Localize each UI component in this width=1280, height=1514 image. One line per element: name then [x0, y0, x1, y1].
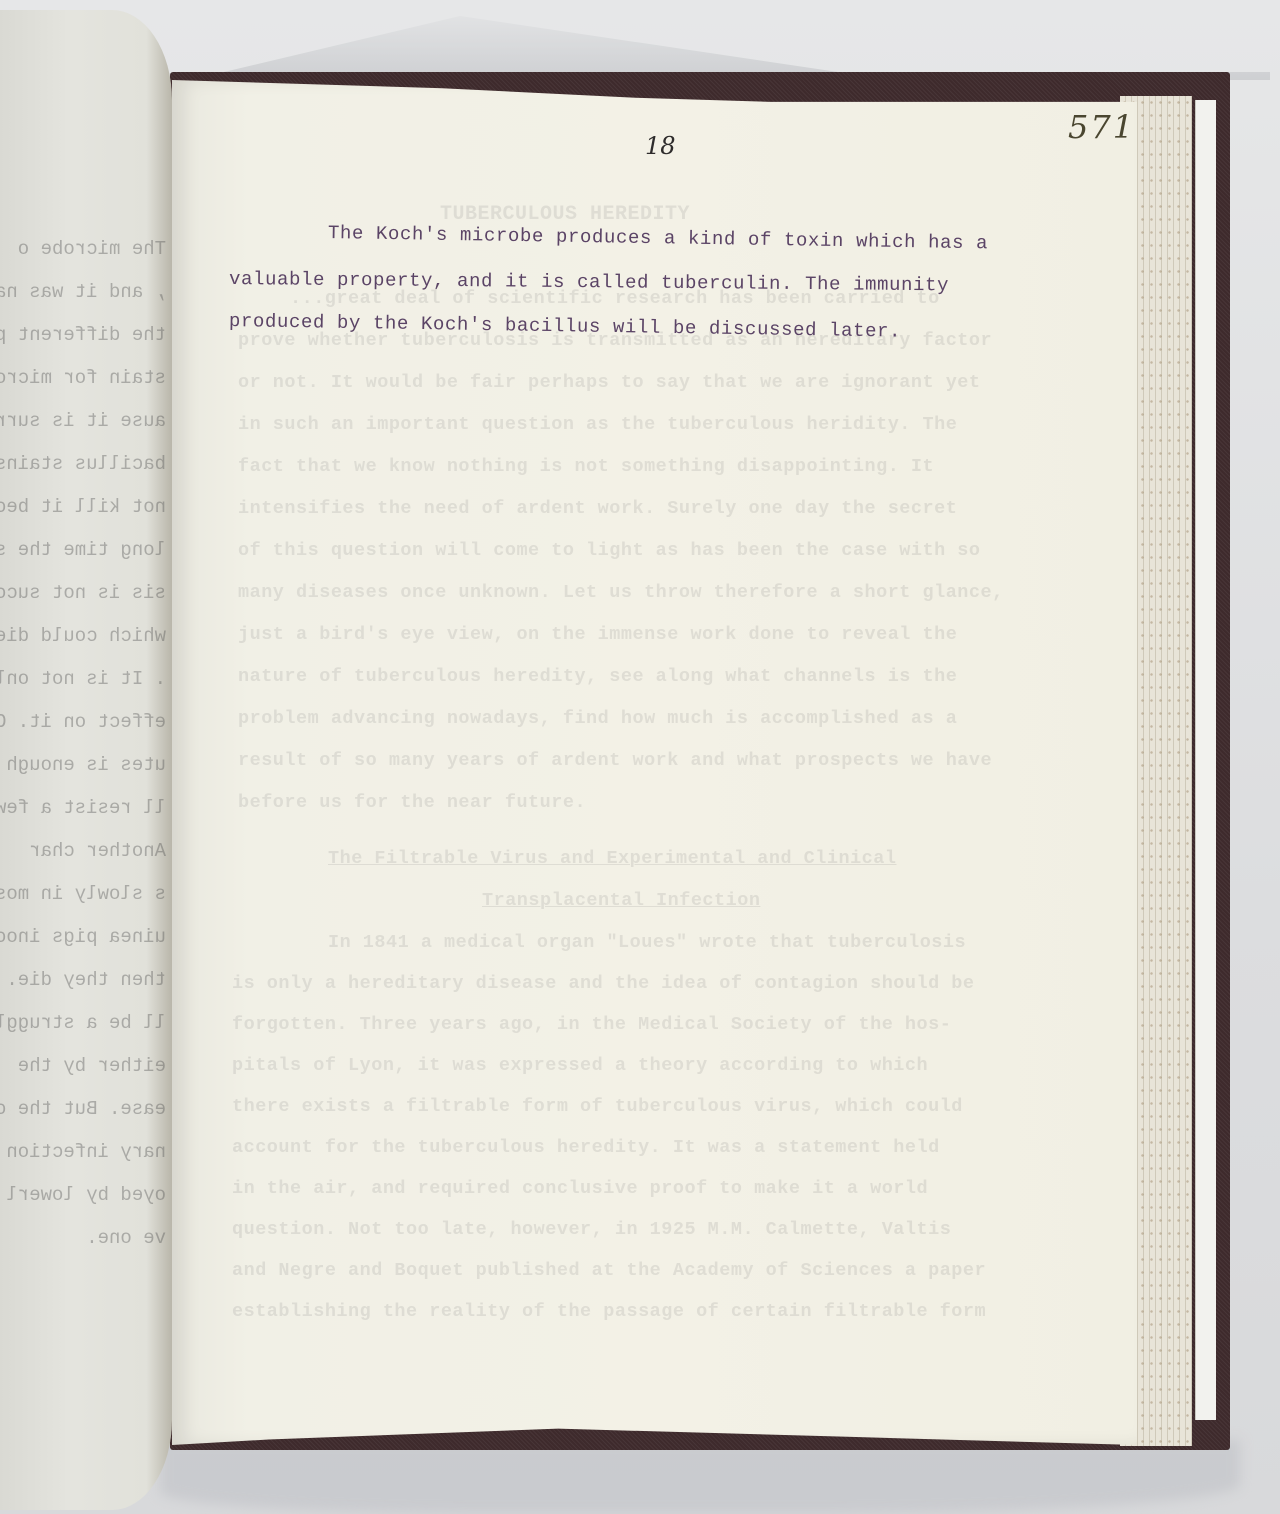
ghost-line: or not. It would be fair perhaps to say …	[238, 372, 981, 393]
left-page-line-text: uinea pigs inocu	[0, 926, 172, 948]
ghost-heading: Transplacental Infection	[482, 890, 760, 911]
left-page-line-text: The microbe o	[18, 238, 172, 260]
ghost-line: problem advancing nowadays, find how muc…	[238, 708, 957, 729]
left-page-line: then they die.	[0, 969, 172, 991]
left-page-line: bacillus stains	[0, 453, 172, 475]
left-page-line-text: utes is enough to	[0, 754, 172, 776]
left-page-line: s slowly in most	[0, 883, 172, 905]
ghost-line: in such an important question as the tub…	[238, 414, 957, 435]
left-page-line-text: ll be a struggle	[0, 1012, 172, 1034]
ghost-line: intensifies the need of ardent work. Sur…	[238, 498, 957, 519]
left-page-line-text: the different pro	[0, 324, 172, 346]
ghost-line: pitals of Lyon, it was expressed a theor…	[232, 1055, 928, 1076]
ghost-line: question. Not too late, however, in 1925…	[232, 1219, 951, 1240]
left-page-line: effect on it. On	[0, 711, 172, 733]
left-page-line-text: ve one.	[86, 1227, 172, 1249]
left-page-line-text: which could die	[0, 625, 172, 647]
left-page-line: Another char	[0, 840, 172, 862]
folio-number: 571	[1068, 108, 1135, 146]
left-page-line-text: ll resist a few ho	[0, 797, 172, 819]
left-page-line-text: . It is not onl	[0, 668, 172, 690]
page-number: 18	[645, 132, 676, 160]
left-page-line-text: ause it is surrou	[0, 410, 172, 432]
left-page-line-text: oyed by lowerl	[6, 1184, 172, 1206]
ghost-line: nature of tuberculous heredity, see alon…	[238, 666, 957, 687]
left-page-line: long time the s	[0, 539, 172, 561]
left-page-line-text: stain for microsc	[0, 367, 172, 389]
ghost-line: result of so many years of ardent work a…	[238, 750, 992, 771]
left-page-line: ause it is surrou	[0, 410, 172, 432]
left-page-line: sis is not succe	[0, 582, 172, 604]
left-page-line: uinea pigs inocu	[0, 926, 172, 948]
left-page-line: ve one.	[0, 1227, 172, 1249]
ghost-line: just a bird's eye view, on the immense w…	[238, 624, 957, 645]
ghost-title: TUBERCULOUS HEREDITY	[440, 203, 690, 226]
left-page-line: ll resist a few ho	[0, 797, 172, 819]
left-page-line: ll be a struggle	[0, 1012, 172, 1034]
ghost-line: account for the tuberculous heredity. It…	[232, 1137, 940, 1158]
ghost-line: establishing the reality of the passage …	[232, 1301, 986, 1322]
ghost-line: before us for the near future.	[238, 792, 586, 813]
ghost-line: forgotten. Three years ago, in the Medic…	[232, 1014, 951, 1035]
left-page-line: oyed by lowerl	[0, 1184, 172, 1206]
ghost-line: fact that we know nothing is not somethi…	[238, 456, 934, 477]
left-page-line: nary infection	[0, 1141, 172, 1163]
ghost-line: in the air, and required conclusive proo…	[232, 1178, 928, 1199]
left-page-line-text: long time the s	[0, 539, 172, 561]
left-page-line-text: s slowly in most	[0, 883, 172, 905]
left-page-line-text: either by the	[18, 1055, 172, 1077]
left-page-line-text: then they die.	[6, 969, 172, 991]
left-page-line-text: Another char	[29, 840, 172, 862]
left-page-line: ease. But the c	[0, 1098, 172, 1120]
ghost-heading: The Filtrable Virus and Experimental and…	[328, 848, 897, 869]
left-page-line: not kill it becau	[0, 496, 172, 518]
left-page-line-text: nary infection	[6, 1141, 172, 1163]
left-page-curl: The microbe o, and it was namethe differ…	[0, 10, 172, 1510]
left-page-line: utes is enough to	[0, 754, 172, 776]
left-page-line: The microbe o	[0, 238, 172, 260]
book-shadow-bottom	[160, 1440, 1240, 1514]
ghost-line: is only a hereditary disease and the ide…	[232, 973, 975, 994]
left-page-line-text: effect on it. On	[0, 711, 172, 733]
ghost-line: there exists a filtrable form of tubercu…	[232, 1096, 963, 1117]
left-page-line-text: bacillus stains	[0, 453, 172, 475]
left-page-line: which could die	[0, 625, 172, 647]
left-page-line: , and it was name	[0, 281, 172, 303]
left-page-line: stain for microsc	[0, 367, 172, 389]
left-page-line-text: sis is not succe	[0, 582, 172, 604]
left-page-line: the different pro	[0, 324, 172, 346]
ghost-line: and Negre and Boquet published at the Ac…	[232, 1260, 986, 1281]
cover-inner-endpaper	[1195, 100, 1216, 1420]
left-page-line: . It is not onl	[0, 668, 172, 690]
ghost-line: many diseases once unknown. Let us throw…	[238, 582, 1004, 603]
left-page-line-text: ease. But the c	[0, 1098, 172, 1120]
ghost-line: of this question will come to light as h…	[238, 540, 981, 561]
left-page-line-text: , and it was name	[0, 281, 172, 303]
ghost-line: In 1841 a medical organ "Loues" wrote th…	[328, 932, 966, 953]
left-page-line: either by the	[0, 1055, 172, 1077]
left-page-line-text: not kill it becau	[0, 496, 172, 518]
